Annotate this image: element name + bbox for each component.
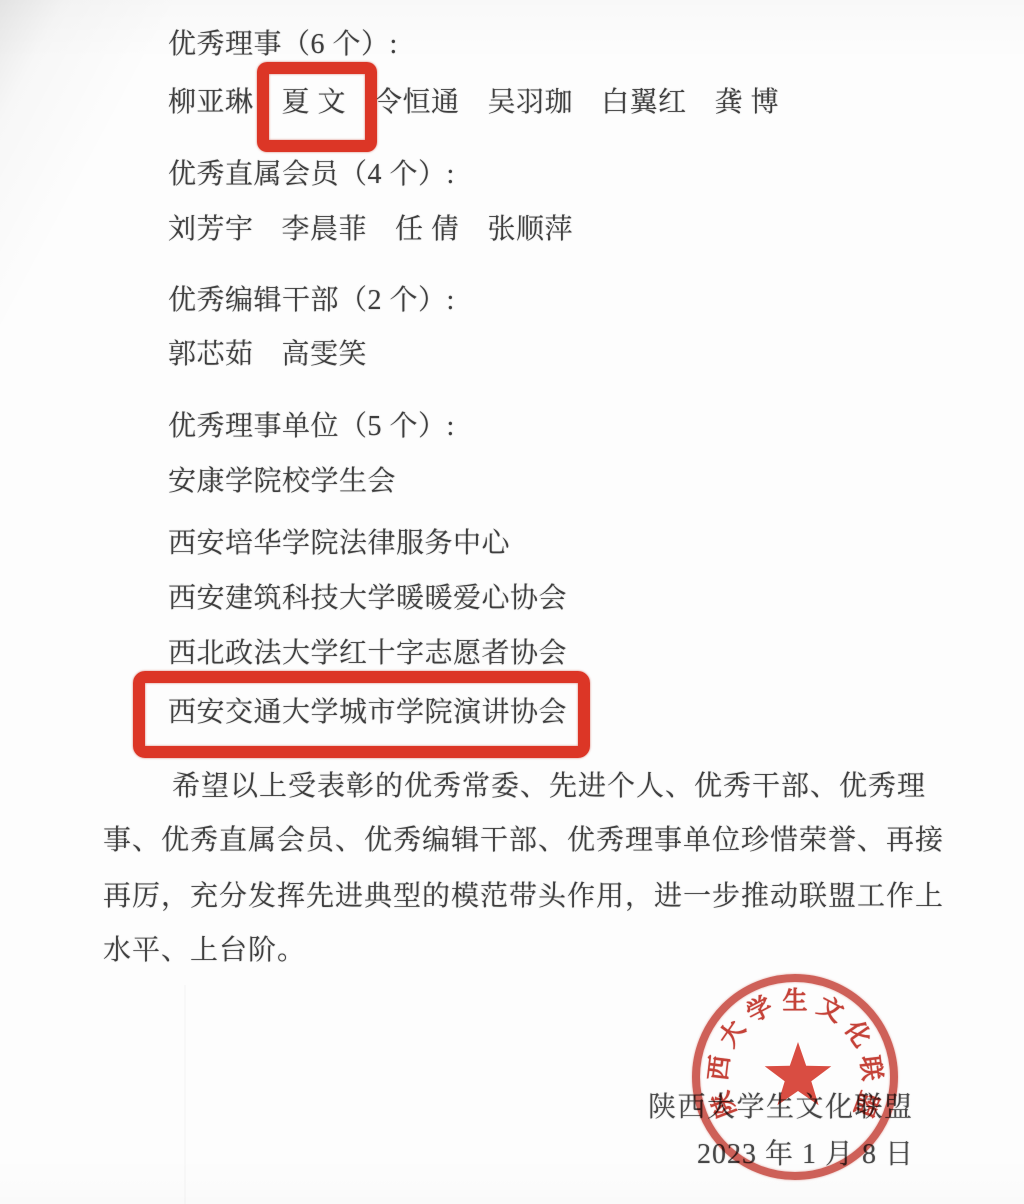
paragraph-line: 希望以上受表彰的优秀常委、先进个人、优秀干部、优秀理	[172, 772, 926, 802]
awardee-unit: 安康学院校学生会	[168, 467, 396, 497]
paragraph-line: 水平、上台阶。	[103, 936, 306, 966]
awardee-name: 高雯笑	[282, 340, 368, 370]
awardee-unit: 西北政法大学红十字志愿者协会	[168, 639, 567, 669]
scan-fold-line	[184, 985, 186, 1204]
awardee-row: 郭芯茹 高雯笑	[168, 340, 367, 370]
seal-star-icon	[763, 1042, 833, 1112]
paragraph-line: 再厉，充分发挥先进典型的模范带头作用，进一步推动联盟工作上	[103, 882, 944, 912]
awardee-unit: 西安建筑科技大学暖暖爱心协会	[168, 584, 567, 614]
awardee-name: 郭芯茹	[168, 340, 254, 370]
highlight-box-xia-wen	[257, 62, 377, 152]
awardee-name: 张顺萍	[488, 215, 574, 245]
awardee-name: 吴羽珈	[488, 88, 574, 118]
section-heading: 优秀理事单位（5 个）:	[168, 412, 455, 442]
document-page: 优秀理事（6 个）: 柳亚琳 夏 文 令恒通 吴羽珈 白翼红 龚 博 优秀直属会…	[0, 0, 1024, 1204]
awardee-name: 龚 博	[715, 88, 780, 118]
awardee-name: 白翼红	[601, 88, 687, 118]
highlight-box-speech-association	[133, 671, 590, 758]
section-heading: 优秀理事（6 个）:	[168, 30, 398, 60]
awardee-row: 刘芳宇 李晨菲 任 倩 张顺萍	[168, 215, 573, 245]
awardee-name: 柳亚琳	[168, 88, 254, 118]
awardee-name: 李晨菲	[282, 215, 368, 245]
section-heading: 优秀直属会员（4 个）:	[168, 160, 455, 190]
awardee-unit: 西安培华学院法律服务中心	[168, 529, 510, 559]
awardee-name: 令恒通	[374, 88, 460, 118]
official-seal: 陕西大学生文化联盟	[692, 974, 898, 1180]
section-heading: 优秀编辑干部（2 个）:	[168, 286, 455, 316]
awardee-name: 刘芳宇	[168, 215, 254, 245]
awardee-name: 任 倩	[395, 215, 460, 245]
paragraph-line: 事、优秀直属会员、优秀编辑干部、优秀理事单位珍惜荣誉、再接	[103, 826, 944, 856]
